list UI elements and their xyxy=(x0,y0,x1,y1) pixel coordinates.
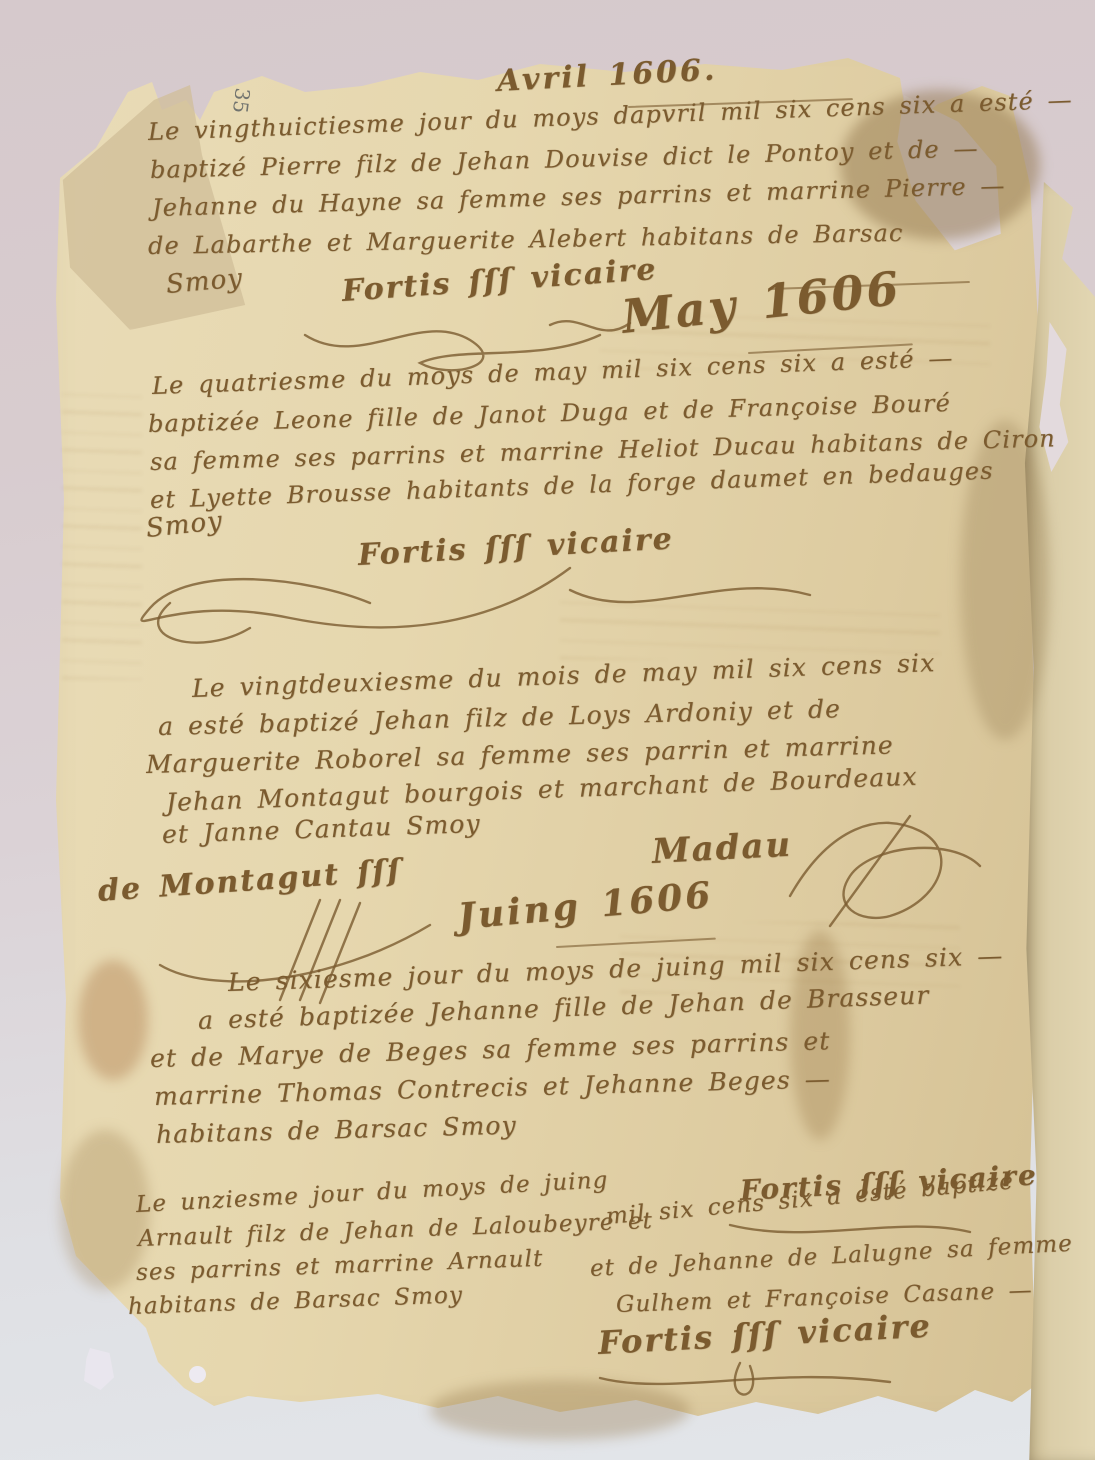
photo-backdrop: 35 Avril 1606. Le vingthuictiesme jour d… xyxy=(0,0,1095,1460)
ink-flourish xyxy=(590,1358,910,1413)
ink-stain xyxy=(78,960,148,1080)
worm-hole-2 xyxy=(189,1366,206,1383)
ink-flourish xyxy=(770,806,1000,936)
pencil-folio-number: 35 xyxy=(228,87,255,115)
ink-flourish xyxy=(560,560,820,630)
worm-hole-1 xyxy=(84,1348,114,1390)
ink-flourish xyxy=(110,548,580,648)
